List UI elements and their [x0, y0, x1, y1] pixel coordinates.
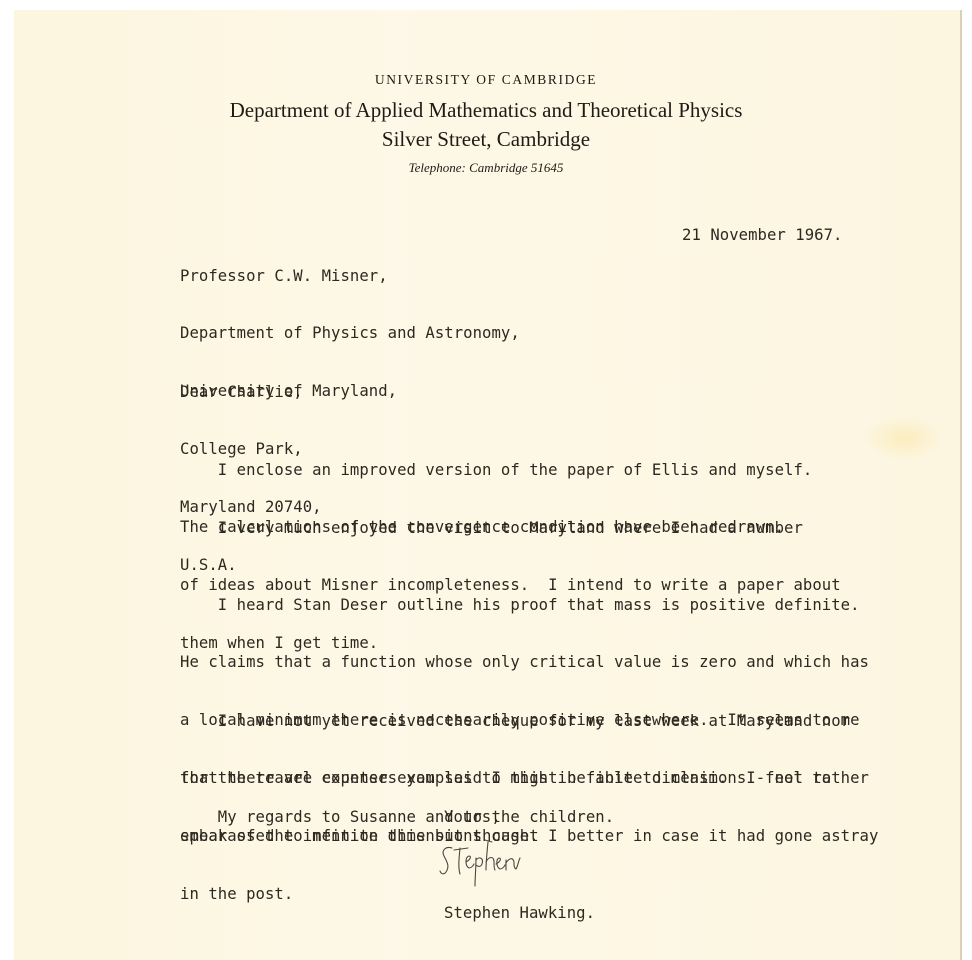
letterhead-telephone: Telephone: Cambridge 51645: [0, 160, 972, 176]
salutation: Dear Charlie,: [180, 383, 303, 402]
handwritten-signature: [436, 836, 546, 888]
paragraph-line: I have not yet received the cheque for m…: [180, 712, 878, 731]
paragraph-line: I heard Stan Deser outline his proof tha…: [180, 596, 869, 615]
letterhead-institution: UNIVERSITY OF CAMBRIDGE: [0, 72, 972, 88]
address-line: Department of Physics and Astronomy,: [180, 324, 520, 343]
letter-date: 21 November 1967.: [682, 226, 842, 245]
closing: Yours,: [444, 808, 501, 827]
address-line: Professor C.W. Misner,: [180, 267, 520, 286]
paragraph-line: He claims that a function whose only cri…: [180, 653, 869, 672]
body-paragraph: My regards to Susanne and to the childre…: [180, 769, 614, 846]
paragraph-line: I enclose an improved version of the pap…: [180, 461, 812, 480]
paragraph-line: in the post.: [180, 885, 878, 904]
signatory-name: Stephen Hawking.: [444, 904, 595, 923]
paragraph-line: My regards to Susanne and to the childre…: [180, 808, 614, 827]
letterhead-address: Silver Street, Cambridge: [0, 127, 972, 152]
letterhead-department: Department of Applied Mathematics and Th…: [0, 98, 972, 123]
paragraph-line: I very much enjoyed the visit to Marylan…: [180, 519, 841, 538]
